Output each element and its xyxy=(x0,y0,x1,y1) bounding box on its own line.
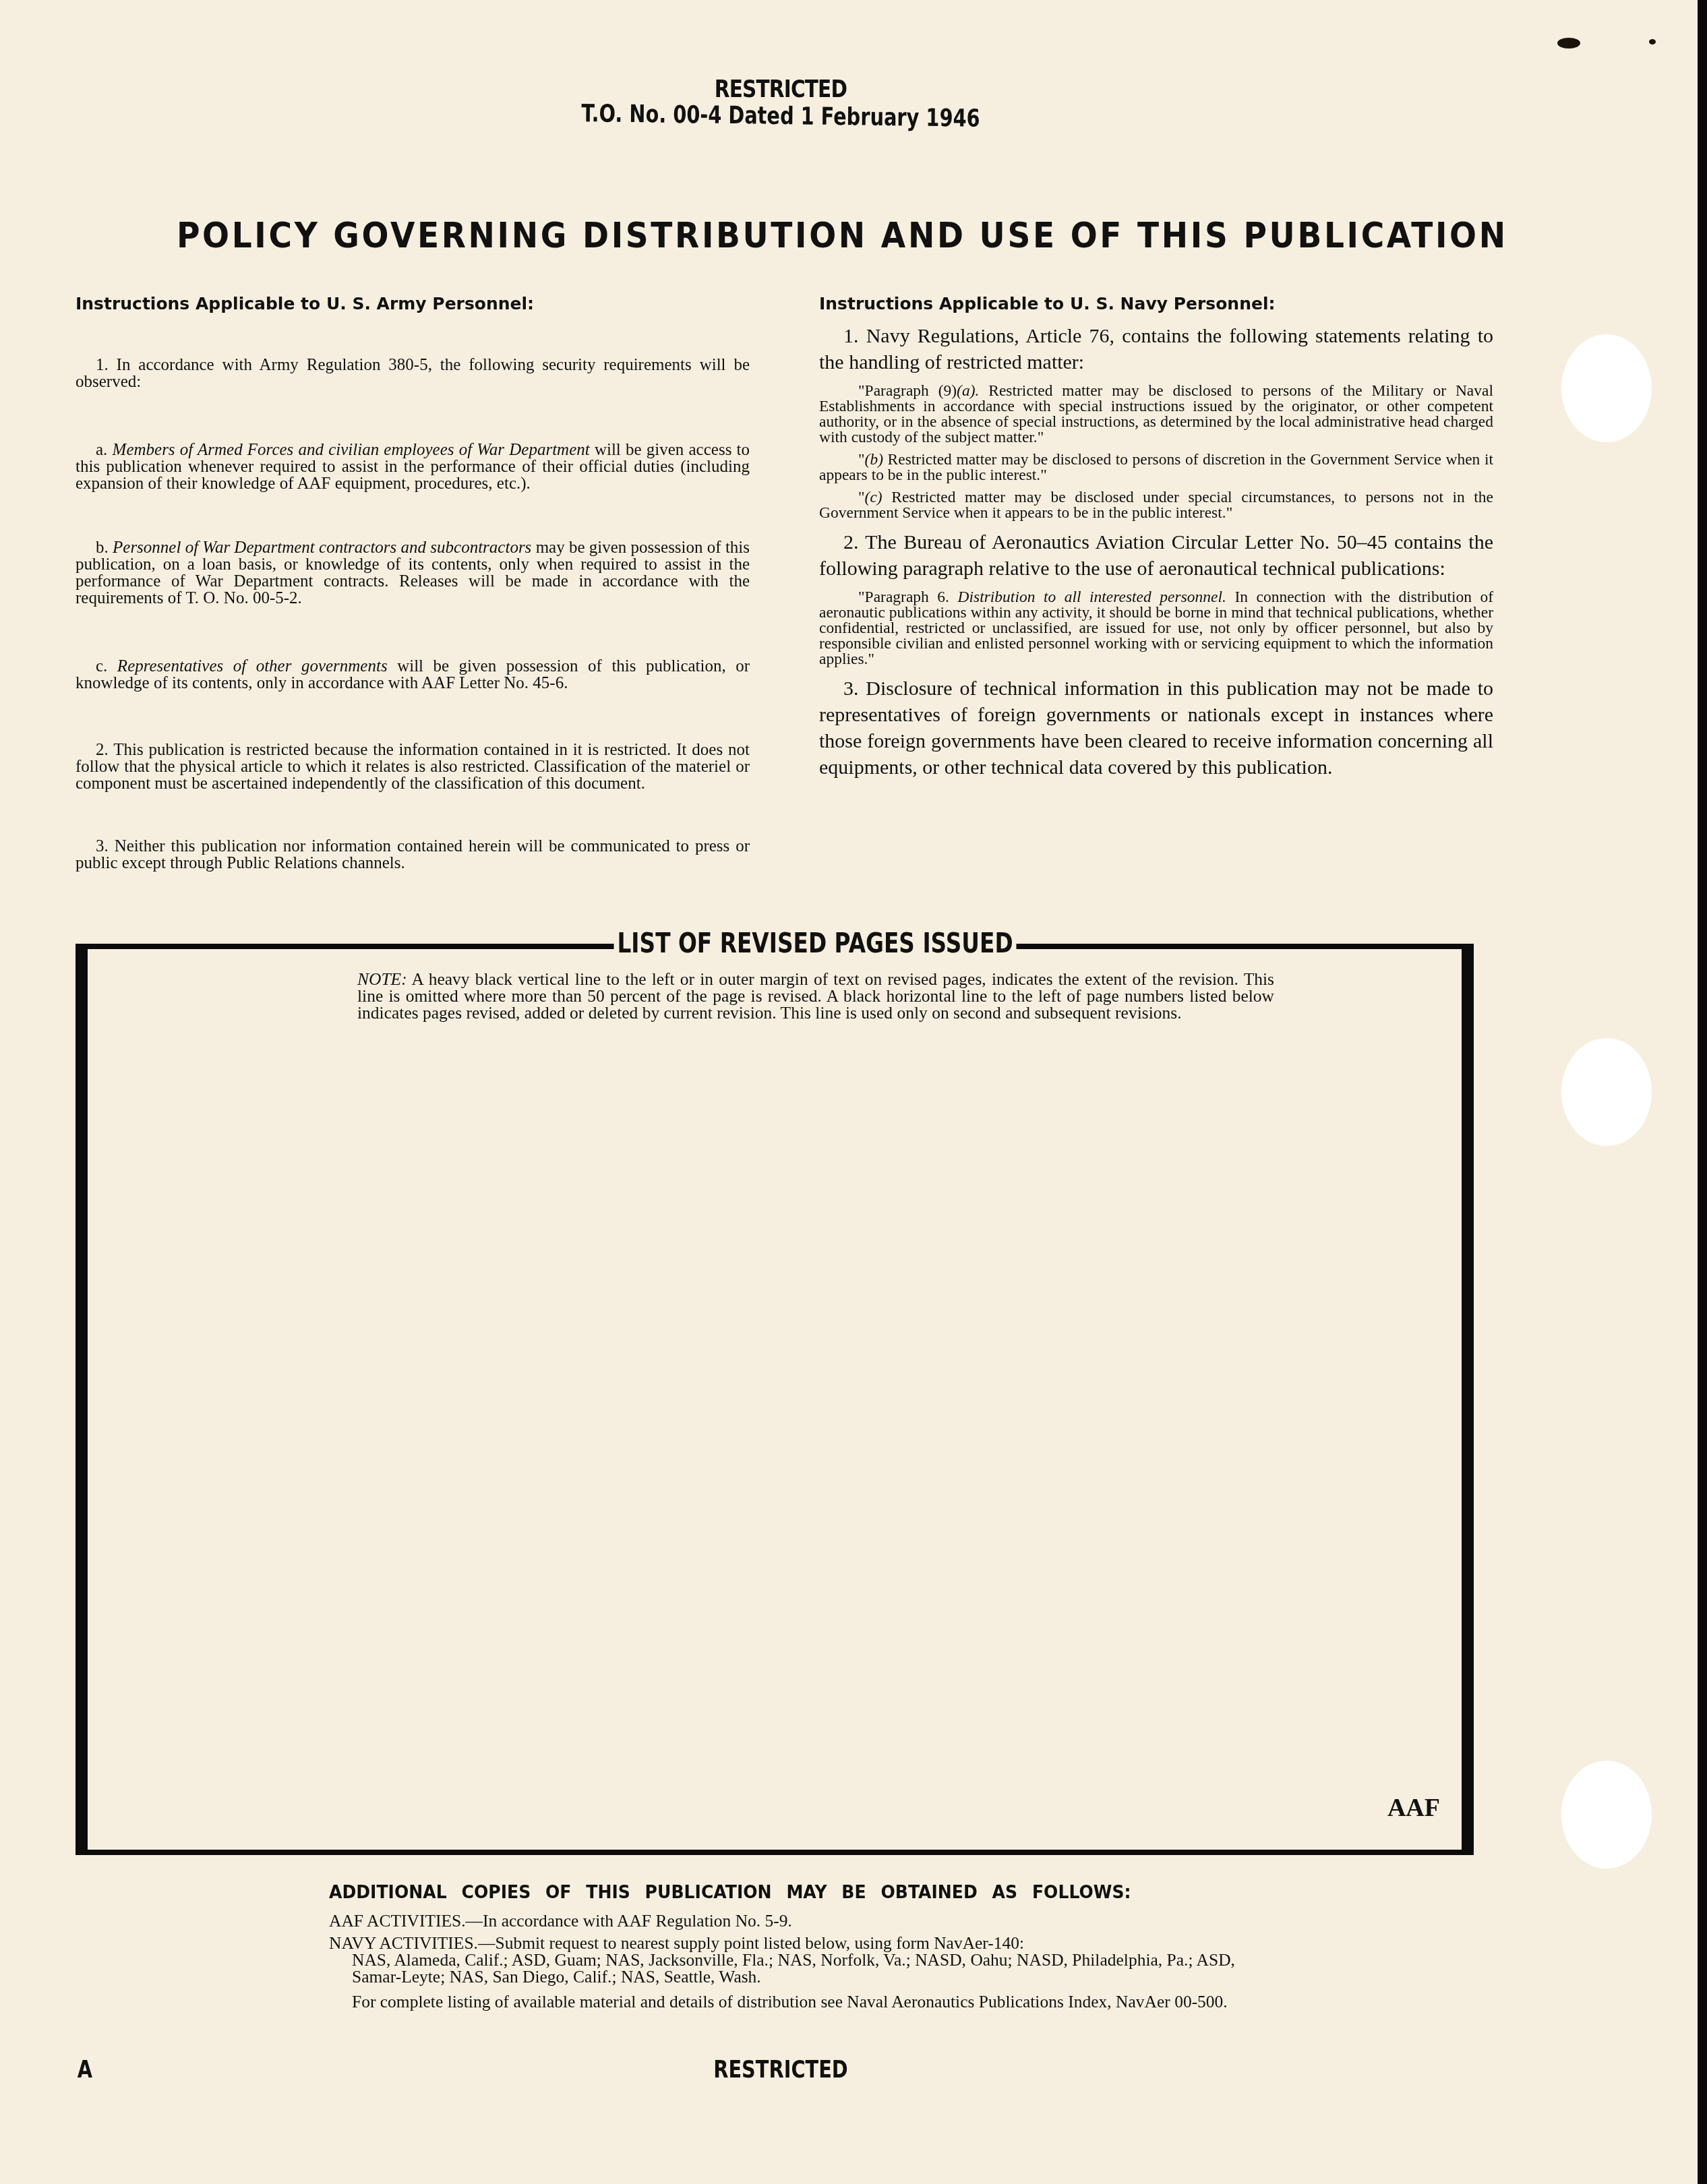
army-para-b: b. Personnel of War Department contracto… xyxy=(76,539,750,607)
navy-para-1: 1. Navy Regulations, Article 76, contain… xyxy=(819,323,1493,375)
revised-pages-title-wrap: LIST OF REVISED PAGES ISSUED xyxy=(88,926,1462,961)
army-para-b-label: b. xyxy=(96,539,109,557)
navy-para-3: 3. Disclosure of technical information i… xyxy=(819,675,1493,781)
revised-pages-box: LIST OF REVISED PAGES ISSUED NOTE: A hea… xyxy=(76,944,1474,1855)
aaf-mark: AAF xyxy=(1387,1793,1440,1823)
additional-copies-heading: ADDITIONAL COPIES OF THIS PUBLICATION MA… xyxy=(329,1882,1172,1903)
punch-hole-top xyxy=(1561,334,1652,442)
navy-supply-points: NAS, Alameda, Calif.; ASD, Guam; NAS, Ja… xyxy=(329,1951,1235,1985)
navy-instructions: Instructions Applicable to U. S. Navy Pe… xyxy=(819,294,1493,781)
army-para-c: c. Representatives of other governments … xyxy=(76,658,750,692)
navy-quote-c-text: Restricted matter may be disclosed under… xyxy=(819,489,1493,522)
army-para-3: 3. Neither this publication nor informat… xyxy=(76,838,750,872)
army-para-c-subject: Representatives of other governments xyxy=(117,657,388,675)
army-para-b-subject: Personnel of War Department contractors … xyxy=(113,539,531,557)
scan-edge xyxy=(1698,0,1707,2184)
navy-activities: NAVY ACTIVITIES.—Submit request to neare… xyxy=(329,1935,1235,1951)
aaf-activities: AAF ACTIVITIES.—In accordance with AAF R… xyxy=(329,1912,1235,1929)
page-title: POLICY GOVERNING DISTRIBUTION AND USE OF… xyxy=(177,216,1275,256)
navy-quote-6: "Paragraph 6. Distribution to all intere… xyxy=(819,590,1493,667)
army-para-1: 1. In accordance with Army Regulation 38… xyxy=(76,357,750,390)
army-instructions: Instructions Applicable to U. S. Army Pe… xyxy=(76,294,750,872)
navy-quote-9a: "Paragraph (9)(a). Restricted matter may… xyxy=(819,384,1493,446)
footer-classification: RESTRICTED xyxy=(156,2056,1406,2084)
ink-smudge xyxy=(1557,38,1580,49)
additional-copies: ADDITIONAL COPIES OF THIS PUBLICATION MA… xyxy=(329,1882,1235,2015)
army-para-2: 2. This publication is restricted becaus… xyxy=(76,741,750,792)
army-para-c-label: c. xyxy=(96,657,107,675)
punch-hole-middle xyxy=(1561,1038,1652,1146)
navy-quote-b: "(b) Restricted matter may be disclosed … xyxy=(819,452,1493,483)
navy-para-2: 2. The Bureau of Aeronautics Aviation Ci… xyxy=(819,529,1493,582)
note-text: A heavy black vertical line to the left … xyxy=(357,969,1274,1023)
navy-quote-b-text: Restricted matter may be disclosed to pe… xyxy=(819,451,1493,484)
army-para-a-label: a. xyxy=(96,441,107,459)
page-letter: A xyxy=(78,2056,92,2084)
army-para-a-subject: Members of Armed Forces and civilian emp… xyxy=(113,441,590,459)
punch-hole-bottom xyxy=(1561,1761,1652,1869)
revised-pages-title: LIST OF REVISED PAGES ISSUED xyxy=(613,926,1016,961)
army-para-a: a. Members of Armed Forces and civilian … xyxy=(76,442,750,492)
revised-pages-note: NOTE: A heavy black vertical line to the… xyxy=(357,971,1274,1021)
navy-heading: Instructions Applicable to U. S. Navy Pe… xyxy=(819,294,1493,313)
ink-smudge xyxy=(1649,39,1656,44)
army-heading: Instructions Applicable to U. S. Army Pe… xyxy=(76,294,750,313)
navy-quote-c: "(c) Restricted matter may be disclosed … xyxy=(819,490,1493,521)
complete-listing-note: For complete listing of available materi… xyxy=(329,1993,1235,2010)
